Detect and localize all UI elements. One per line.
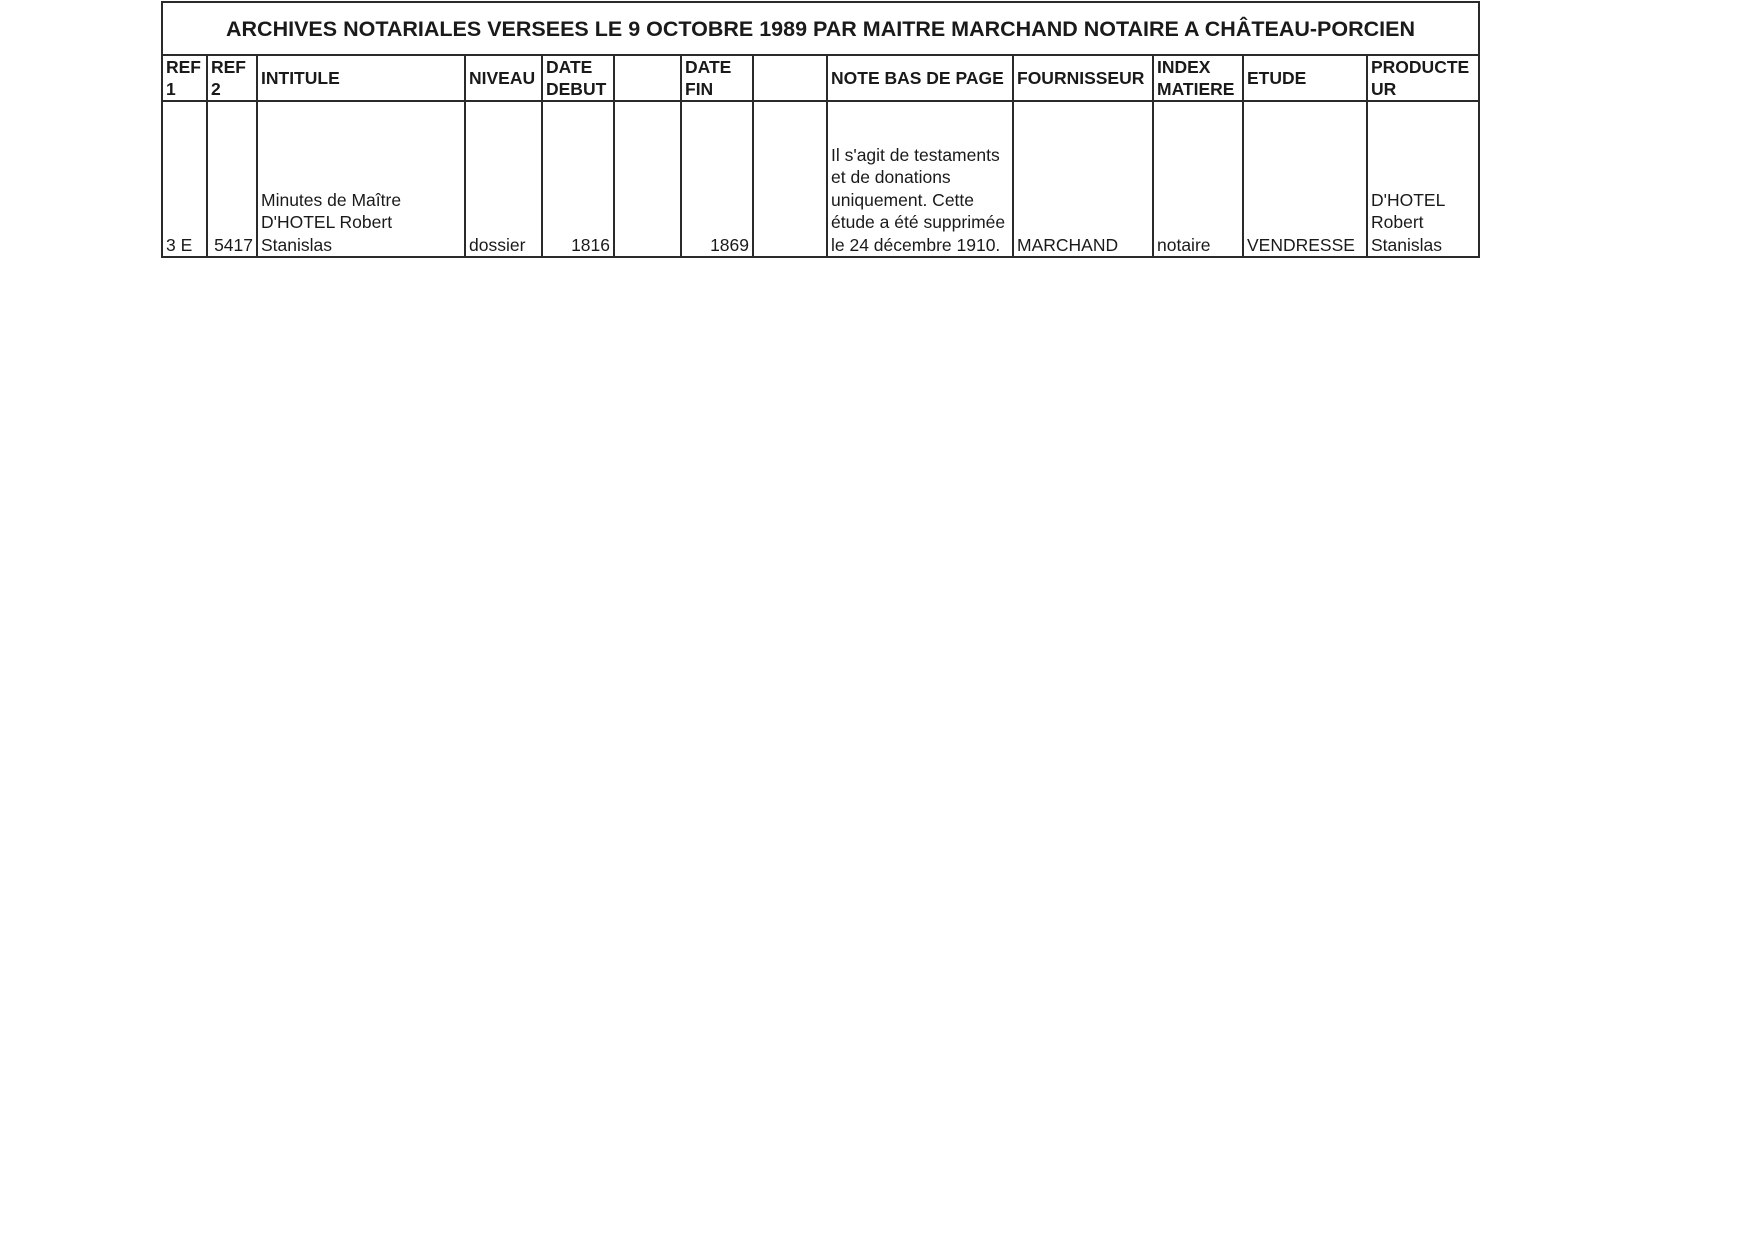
header-ref2: REF2 bbox=[207, 55, 257, 101]
cell-blank-2 bbox=[753, 101, 827, 257]
cell-producteur: D'HOTELRobertStanislas bbox=[1367, 101, 1479, 257]
archive-table: ARCHIVES NOTARIALES VERSEES LE 9 OCTOBRE… bbox=[161, 1, 1480, 258]
header-blank-1 bbox=[614, 55, 681, 101]
header-note-bas-de-page: NOTE BAS DE PAGE bbox=[827, 55, 1013, 101]
document-title: ARCHIVES NOTARIALES VERSEES LE 9 OCTOBRE… bbox=[162, 2, 1479, 55]
cell-index-matiere: notaire bbox=[1153, 101, 1243, 257]
cell-intitule: Minutes de MaîtreD'HOTEL RobertStanislas bbox=[257, 101, 465, 257]
cell-note-bas-de-page: Il s'agit de testamentset de donationsun… bbox=[827, 101, 1013, 257]
cell-ref1: 3 E bbox=[162, 101, 207, 257]
header-intitule: INTITULE bbox=[257, 55, 465, 101]
table-row: 3 E 5417 Minutes de MaîtreD'HOTEL Robert… bbox=[162, 101, 1479, 257]
header-niveau: NIVEAU bbox=[465, 55, 542, 101]
header-row: REF1 REF2 INTITULE NIVEAU DATEDEBUT DATE… bbox=[162, 55, 1479, 101]
cell-blank-1 bbox=[614, 101, 681, 257]
header-fournisseur: FOURNISSEUR bbox=[1013, 55, 1153, 101]
header-date-debut: DATEDEBUT bbox=[542, 55, 614, 101]
archive-sheet: ARCHIVES NOTARIALES VERSEES LE 9 OCTOBRE… bbox=[161, 1, 1480, 258]
header-producteur: PRODUCTEUR bbox=[1367, 55, 1479, 101]
header-date-fin: DATEFIN bbox=[681, 55, 753, 101]
cell-date-debut: 1816 bbox=[542, 101, 614, 257]
cell-niveau: dossier bbox=[465, 101, 542, 257]
cell-date-fin: 1869 bbox=[681, 101, 753, 257]
header-blank-2 bbox=[753, 55, 827, 101]
header-etude: ETUDE bbox=[1243, 55, 1367, 101]
header-ref1: REF1 bbox=[162, 55, 207, 101]
cell-etude: VENDRESSE bbox=[1243, 101, 1367, 257]
header-index-matiere: INDEXMATIERE bbox=[1153, 55, 1243, 101]
cell-ref2: 5417 bbox=[207, 101, 257, 257]
cell-fournisseur: MARCHAND bbox=[1013, 101, 1153, 257]
